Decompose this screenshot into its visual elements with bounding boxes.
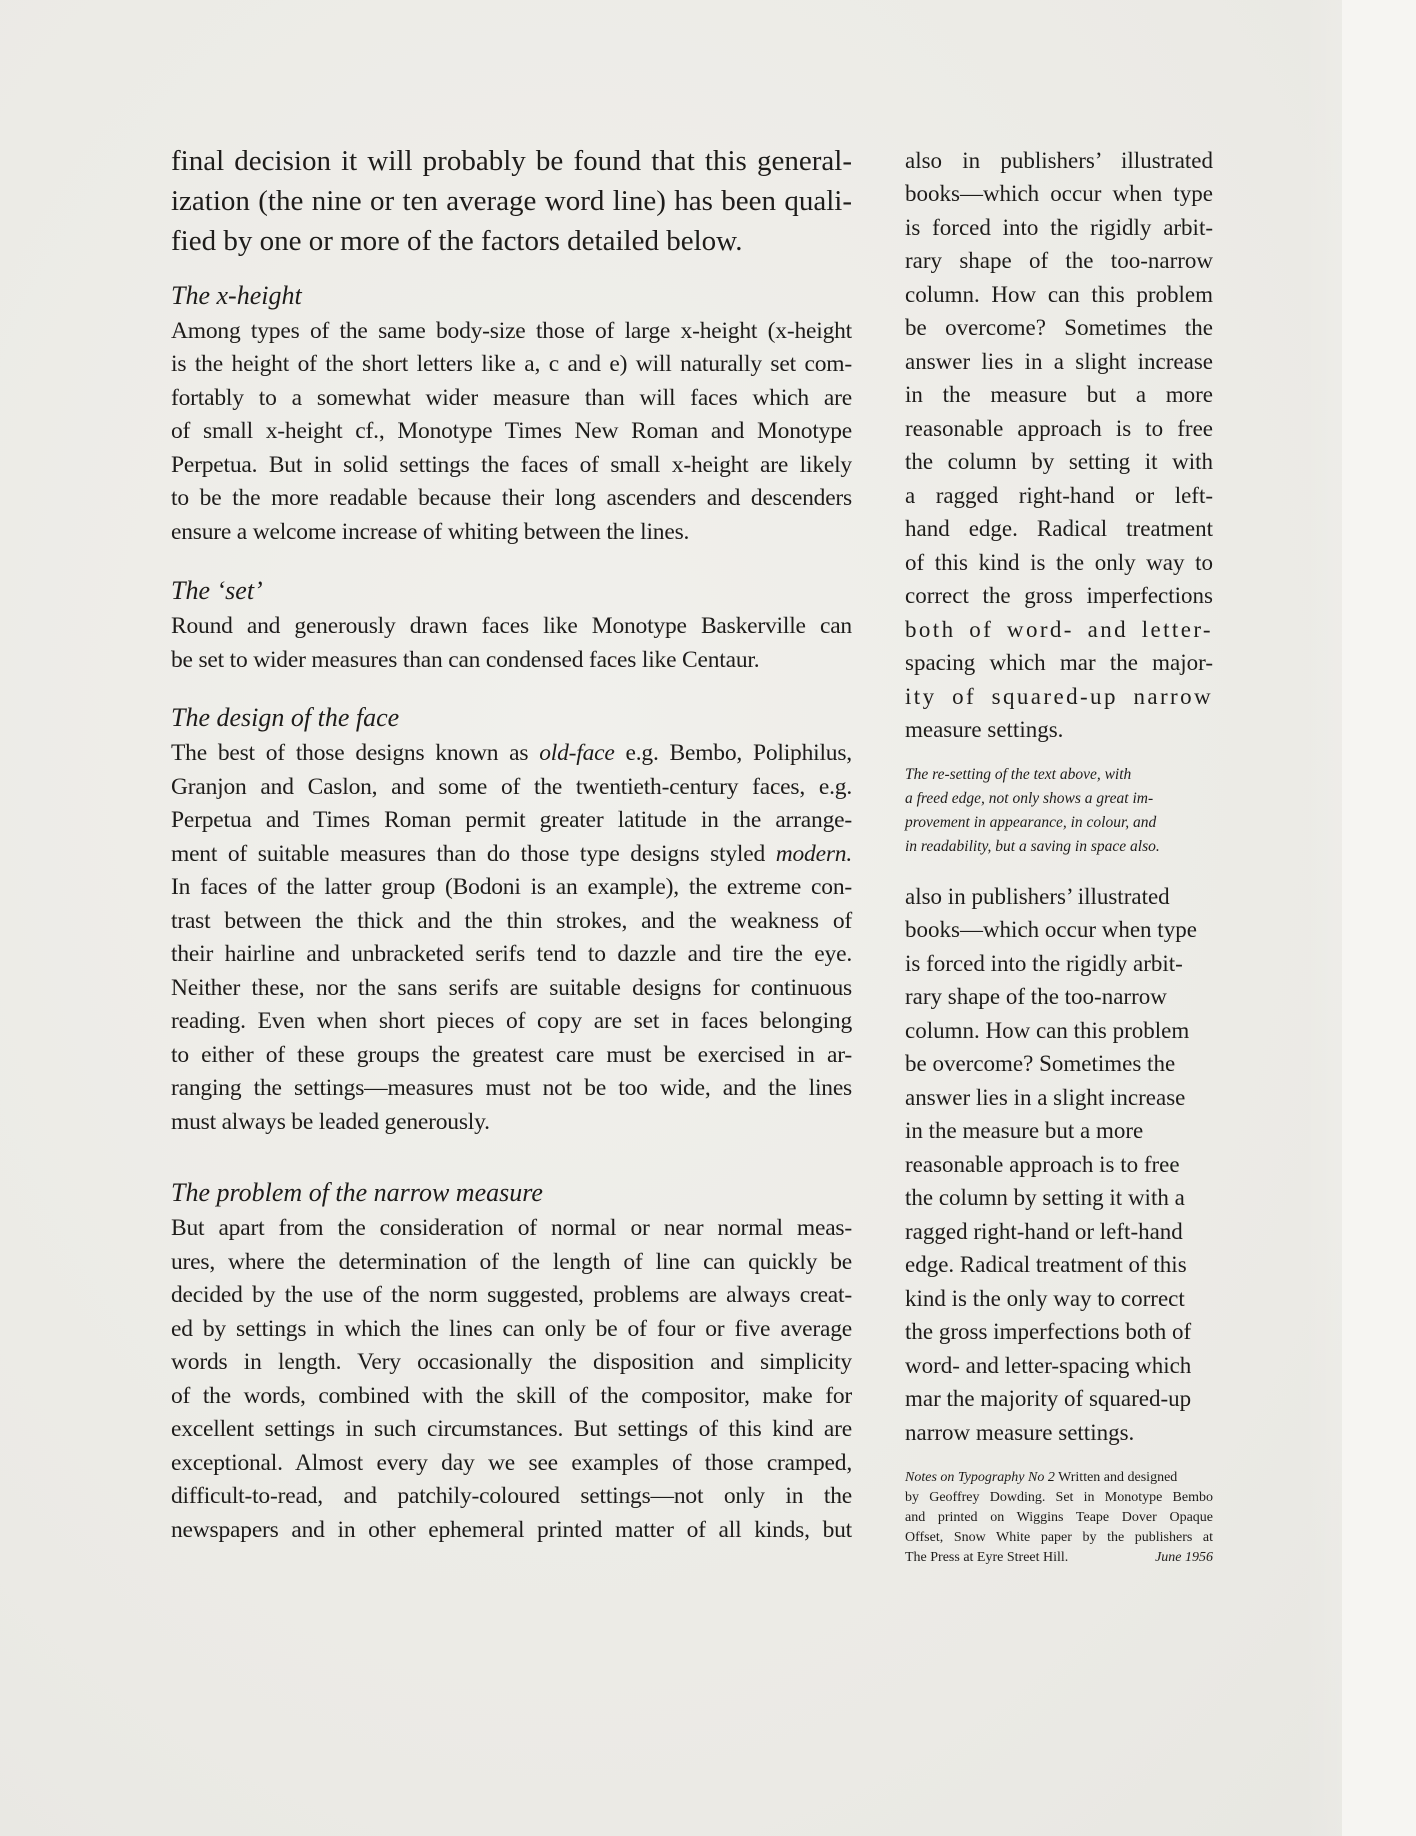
- justified-line: column. How can this problem: [905, 282, 1213, 308]
- page-edge: [1342, 0, 1416, 1836]
- ragged-line: books—which occur when type: [905, 917, 1213, 943]
- body-line: Among types of the same body-size those …: [171, 318, 852, 345]
- section-heading: The problem of the narrow measure: [171, 1178, 852, 1208]
- body-line: words in length. Very occasionally the d…: [171, 1349, 852, 1376]
- justified-line: is forced into the rigidly arbit-: [905, 215, 1213, 241]
- ragged-line: in the measure but a more: [905, 1118, 1213, 1144]
- body-line: ures, where the determination of the len…: [171, 1249, 852, 1276]
- justified-line: both of word- and letter-: [905, 617, 1213, 643]
- body-line: decided by the use of the norm suggested…: [171, 1282, 852, 1309]
- justified-line: a ragged right-hand or left-: [905, 483, 1213, 509]
- ragged-line: narrow measure settings.: [905, 1420, 1213, 1446]
- body-line: The best of those designs known as old-f…: [171, 740, 852, 767]
- body-line: trast between the thick and the thin str…: [171, 908, 852, 935]
- body-line: of small x-height cf., Monotype Times Ne…: [171, 418, 852, 445]
- body-line: Perpetua. But in solid settings the face…: [171, 452, 852, 479]
- justified-line: measure settings.: [905, 717, 1213, 743]
- section-heading: The x-height: [171, 281, 852, 311]
- ragged-line: is forced into the rigidly arbit-: [905, 951, 1213, 977]
- body-line: difficult-to-read, and patchily-coloured…: [171, 1483, 852, 1510]
- body-line: is the height of the short letters like …: [171, 351, 852, 378]
- justified-line: also in publishers’ illustrated: [905, 148, 1213, 174]
- caption-line: The re-setting of the text above, with: [905, 766, 1213, 784]
- body-line: Round and generously drawn faces like Mo…: [171, 613, 852, 640]
- body-line: ranging the settings—measures must not b…: [171, 1075, 852, 1102]
- justified-line: the column by setting it with: [905, 449, 1213, 475]
- justified-line: of this kind is the only way to: [905, 550, 1213, 576]
- ragged-line: the column by setting it with a: [905, 1185, 1213, 1211]
- intro-line: ization (the nine or ten average word li…: [171, 185, 852, 218]
- justified-line: rary shape of the too-narrow: [905, 248, 1213, 274]
- section-heading: The ‘set’: [171, 576, 852, 606]
- body-line: newspapers and in other ephemeral printe…: [171, 1517, 852, 1544]
- colophon-line: and printed on Wiggins Teape Dover Opaqu…: [905, 1510, 1213, 1526]
- justified-line: spacing which mar the major-: [905, 650, 1213, 676]
- ragged-line: word- and letter-spacing which: [905, 1353, 1213, 1379]
- body-line: But apart from the consideration of norm…: [171, 1215, 852, 1242]
- body-line: fortably to a somewhat wider measure tha…: [171, 385, 852, 412]
- body-line: Neither these, nor the sans serifs are s…: [171, 975, 852, 1002]
- ragged-line: the gross imperfections both of: [905, 1319, 1213, 1345]
- colophon-line: Notes on Typography No 2 Written and des…: [905, 1470, 1213, 1486]
- justified-line: reasonable approach is to free: [905, 416, 1213, 442]
- body-line: must always be leaded generously.: [171, 1109, 852, 1136]
- justified-line: correct the gross imperfections: [905, 583, 1213, 609]
- body-line: be set to wider measures than can conden…: [171, 647, 852, 674]
- colophon-line: by Geoffrey Dowding. Set in Monotype Bem…: [905, 1490, 1213, 1506]
- body-line: of the words, combined with the skill of…: [171, 1383, 852, 1410]
- justified-line: ity of squared-up narrow: [905, 684, 1213, 710]
- ragged-line: ragged right-hand or left-hand: [905, 1219, 1213, 1245]
- justified-line: in the measure but a more: [905, 382, 1213, 408]
- ragged-line: edge. Radical treatment of this: [905, 1252, 1213, 1278]
- section-heading: The design of the face: [171, 703, 852, 733]
- ragged-line: kind is the only way to correct: [905, 1286, 1213, 1312]
- body-line: their hairline and unbracketed serifs te…: [171, 941, 852, 968]
- body-text: The best of those designs known as old-f…: [171, 740, 852, 766]
- body-line: Granjon and Caslon, and some of the twen…: [171, 774, 852, 801]
- caption-line: a freed edge, not only shows a great im-: [905, 790, 1213, 808]
- italic-term: old-face: [539, 740, 614, 766]
- colophon-series-title: Notes on Typography No 2: [905, 1470, 1055, 1485]
- ragged-line: answer lies in a slight increase: [905, 1085, 1213, 1111]
- body-line: to be the more readable because their lo…: [171, 485, 852, 512]
- justified-line: be overcome? Sometimes the: [905, 315, 1213, 341]
- colophon-line: Offset, Snow White paper by the publishe…: [905, 1530, 1213, 1546]
- colophon-date: June 1956: [1155, 1550, 1213, 1566]
- body-line: ed by settings in which the lines can on…: [171, 1316, 852, 1343]
- body-line: In faces of the latter group (Bodoni is …: [171, 874, 852, 901]
- ragged-line: mar the majority of squared-up: [905, 1386, 1213, 1412]
- italic-term: modern.: [776, 841, 852, 867]
- intro-line: final decision it will probably be found…: [171, 145, 852, 178]
- justified-line: books—which occur when type: [905, 181, 1213, 207]
- body-line: reading. Even when short pieces of copy …: [171, 1008, 852, 1035]
- ragged-line: column. How can this problem: [905, 1018, 1213, 1044]
- ragged-line: rary shape of the too-narrow: [905, 984, 1213, 1010]
- justified-line: hand edge. Radical treatment: [905, 516, 1213, 542]
- colophon-line: The Press at Eyre Street Hill. June 1956: [905, 1550, 1213, 1566]
- ragged-line: also in publishers’ illustrated: [905, 884, 1213, 910]
- body-line: ensure a welcome increase of whiting bet…: [171, 519, 852, 546]
- caption-line: provement in appearance, in colour, and: [905, 814, 1213, 832]
- body-line: to either of these groups the greatest c…: [171, 1042, 852, 1069]
- caption-line: in readability, but a saving in space al…: [905, 838, 1213, 856]
- body-line: excellent settings in such circumstances…: [171, 1416, 852, 1443]
- body-line: ment of suitable measures than do those …: [171, 841, 852, 868]
- colophon-press: The Press at Eyre Street Hill.: [905, 1550, 1068, 1566]
- body-line: exceptional. Almost every day we see exa…: [171, 1450, 852, 1477]
- ragged-line: be overcome? Sometimes the: [905, 1051, 1213, 1077]
- colophon-text: Written and designed: [1055, 1470, 1177, 1485]
- intro-line: fied by one or more of the factors detai…: [171, 225, 852, 258]
- body-line: Perpetua and Times Roman permit greater …: [171, 807, 852, 834]
- justified-line: answer lies in a slight increase: [905, 349, 1213, 375]
- ragged-line: reasonable approach is to free: [905, 1152, 1213, 1178]
